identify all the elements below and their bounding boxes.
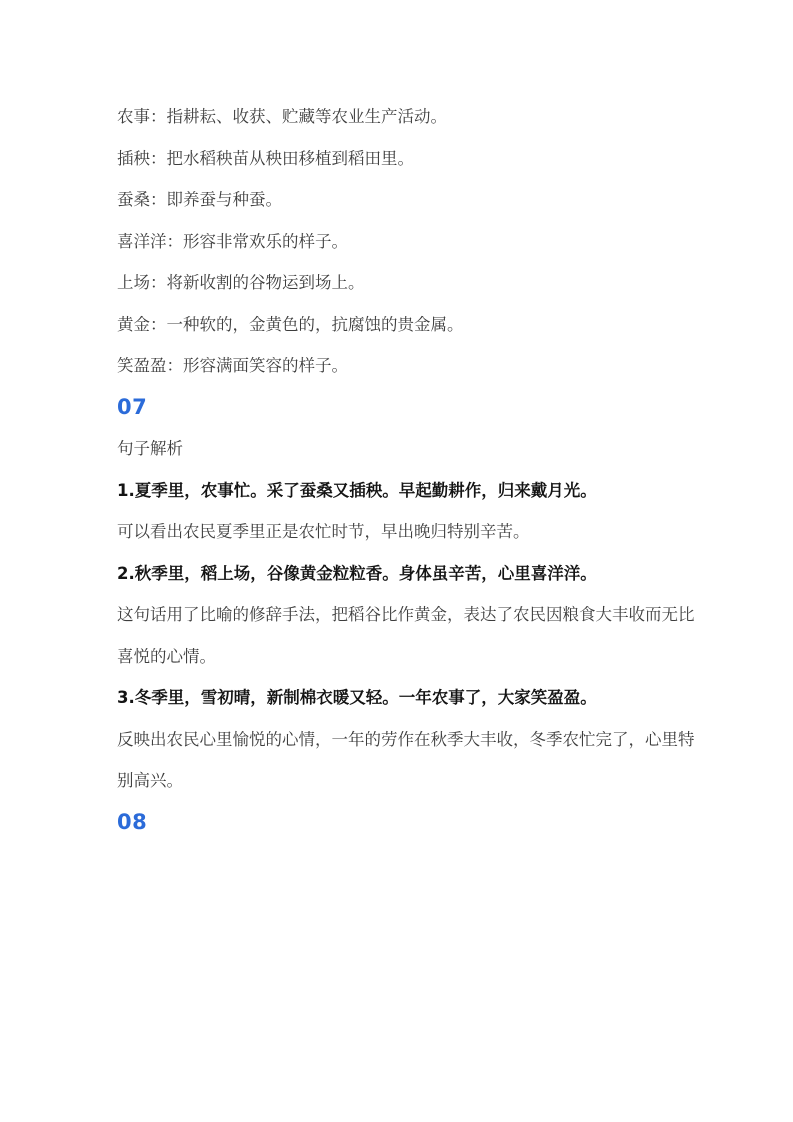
definition-line: 黄金：一种软的，金黄色的，抗腐蚀的贵金属。 [117, 304, 702, 346]
definition-line: 上场：将新收割的谷物运到场上。 [117, 262, 702, 304]
definition-line: 蚕桑：即养蚕与种蚕。 [117, 179, 702, 221]
sentence-1-analysis: 可以看出农民夏季里正是农忙时节，早出晚归特别辛苦。 [117, 511, 702, 553]
section-07-number: 07 [117, 387, 702, 429]
sentence-3-analysis: 反映出农民心里愉悦的心情，一年的劳作在秋季大丰收，冬季农忙完了，心里特 别高兴。 [117, 719, 702, 802]
section-08-number: 08 [117, 802, 702, 844]
document-page: 农事：指耕耘、收获、贮藏等农业生产活动。 插秧：把水稻秧苗从秧田移植到稻田里。 … [0, 0, 793, 1122]
definition-line: 插秧：把水稻秧苗从秧田移植到稻田里。 [117, 138, 702, 180]
sentence-2: 2.秋季里，稻上场，谷像黄金粒粒香。身体虽辛苦，心里喜洋洋。 [117, 553, 702, 595]
section-07-title: 句子解析 [117, 428, 702, 470]
definition-line: 笑盈盈：形容满面笑容的样子。 [117, 345, 702, 387]
sentence-2-analysis: 这句话用了比喻的修辞手法，把稻谷比作黄金，表达了农民因粮食大丰收而无比 喜悦的心… [117, 594, 702, 677]
definition-line: 农事：指耕耘、收获、贮藏等农业生产活动。 [117, 96, 702, 138]
definition-line: 喜洋洋：形容非常欢乐的样子。 [117, 221, 702, 263]
sentence-3: 3.冬季里，雪初晴，新制棉衣暖又轻。一年农事了，大家笑盈盈。 [117, 677, 702, 719]
sentence-1: 1.夏季里，农事忙。采了蚕桑又插秧。早起勤耕作，归来戴月光。 [117, 470, 702, 512]
